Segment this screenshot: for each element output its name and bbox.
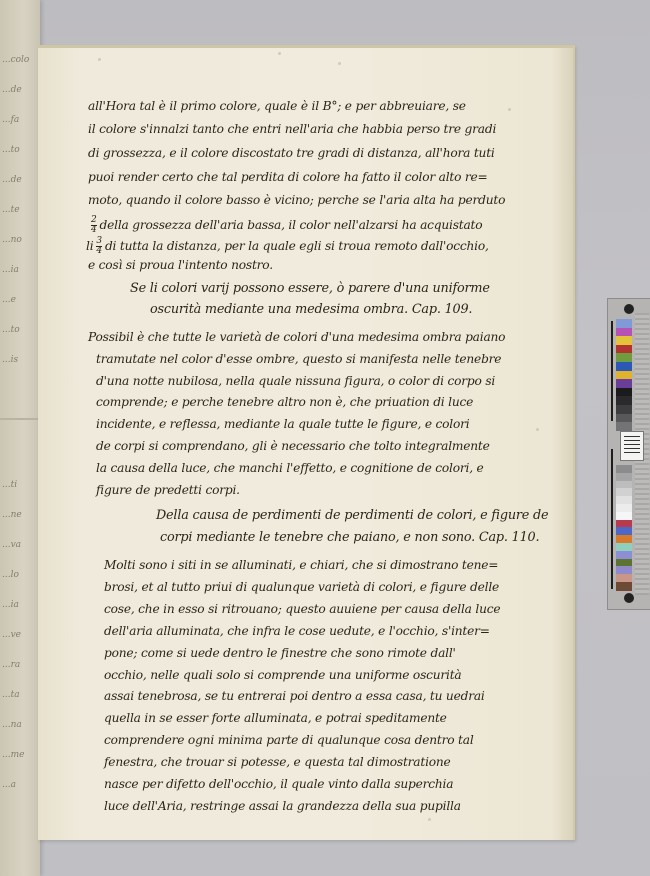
previous-page-text-fragment: ...na <box>2 720 22 730</box>
text-line: figure de predetti corpi. <box>96 483 240 497</box>
previous-page-text-fragment: ...de <box>2 175 22 185</box>
manuscript-text: all'Hora tal è il primo colore, quale è … <box>38 48 573 840</box>
previous-page-text-fragment: ...ne <box>2 510 22 520</box>
previous-page-text-fragment: ...de <box>2 85 22 95</box>
previous-page-text-fragment: ...fa <box>2 115 19 125</box>
chart-hole-icon <box>624 593 634 603</box>
chapter-heading-line: Se li colori varij possono essere, ò par… <box>130 281 490 296</box>
text-line: puoi render certo che tal perdita di col… <box>88 170 488 184</box>
text-line: di grossezza, e il colore discostato tre… <box>88 146 495 160</box>
previous-page-text-fragment: ...is <box>2 355 18 365</box>
previous-page-text-fragment: ...me <box>2 750 24 760</box>
previous-page-text-fragment: ...lo <box>2 570 19 580</box>
text-line: occhio, nelle quali solo si comprende un… <box>104 668 462 682</box>
color-calibration-chart <box>607 298 650 610</box>
chart-hole-icon <box>624 304 634 314</box>
text-line: luce dell'Aria, restringe assai la grand… <box>104 799 461 813</box>
color-swatch <box>616 422 632 431</box>
text-line: e così si proua l'intento nostro. <box>88 258 273 272</box>
previous-page-text-fragment: ...e <box>2 295 16 305</box>
manuscript-page: all'Hora tal è il primo colore, quale è … <box>38 45 575 840</box>
text-line: dell'aria alluminata, che infra le cose … <box>104 624 490 638</box>
text-line: incidente, e reflessa, mediante la quale… <box>96 417 469 431</box>
text-line: d'una notte nubilosa, nella quale nissun… <box>96 374 495 388</box>
page-fold-line <box>0 418 40 420</box>
text-line: cose, che in esso si ritrouano; questo a… <box>104 602 500 616</box>
chapter-heading-line: corpi mediante le tenebre che paiano, e … <box>160 530 539 545</box>
text-line: pone; come si uede dentro le finestre ch… <box>104 646 456 660</box>
text-line: assai tenebrosa, se tu entrerai poi dent… <box>104 689 485 703</box>
text-line-with-fraction: 24della grossezza dell'aria bassa, il co… <box>88 216 482 235</box>
chapter-heading-line: Della causa de perdimenti de perdimenti … <box>156 508 548 523</box>
text-line: comprende; e perche tenebre altro non è,… <box>96 395 473 409</box>
color-swatch <box>616 582 632 591</box>
text-line: il colore s'innalzi tanto che entri nell… <box>88 122 496 136</box>
previous-page-text-fragment: ...to <box>2 325 20 335</box>
text-line: brosi, et al tutto priui di qualunque va… <box>104 580 499 594</box>
text-line-with-fraction: li34di tutta la distanza, per la quale e… <box>86 237 489 256</box>
barcode-label <box>620 431 644 461</box>
previous-page-text-fragment: ...ti <box>2 480 17 490</box>
fraction: 34 <box>96 237 102 256</box>
text-line: Possibil è che tutte le varietà de color… <box>88 330 505 344</box>
text-line: la causa della luce, che manchi l'effett… <box>96 461 484 475</box>
previous-page-text-fragment: ...va <box>2 540 21 550</box>
chart-rail <box>611 321 613 421</box>
previous-page-text-fragment: ...to <box>2 145 20 155</box>
previous-page-edge: ...colo...de...fa...to...de...te...no...… <box>0 0 40 876</box>
previous-page-text-fragment: ...ra <box>2 660 20 670</box>
text-line: nasce per difetto dell'occhio, il quale … <box>104 777 453 791</box>
text-line: tramutate nel color d'esse ombre, questo… <box>96 352 501 366</box>
previous-page-text-fragment: ...a <box>2 780 16 790</box>
text-line: fenestra, che trouar si potesse, e quest… <box>104 755 451 769</box>
text-line: de corpi si comprendano, gli è necessari… <box>96 439 490 453</box>
chapter-heading-line: oscurità mediante una medesima ombra. Ca… <box>150 302 472 317</box>
text-line: all'Hora tal è il primo colore, quale è … <box>88 99 466 113</box>
chart-rail <box>611 449 613 589</box>
text-line: quella in se esser forte alluminata, e p… <box>104 711 447 725</box>
previous-page-text-fragment: ...colo <box>2 55 29 65</box>
previous-page-text-fragment: ...ta <box>2 690 20 700</box>
previous-page-text-fragment: ...ia <box>2 265 19 275</box>
previous-page-text-fragment: ...ve <box>2 630 21 640</box>
text-line: comprendere ogni minima parte di qualunq… <box>104 733 474 747</box>
text-line: Molti sono i siti in se alluminati, e ch… <box>104 558 498 572</box>
previous-page-text-fragment: ...te <box>2 205 20 215</box>
text-line: moto, quando il colore basso è vicino; p… <box>88 193 505 207</box>
previous-page-text-fragment: ...ia <box>2 600 19 610</box>
fraction: 24 <box>91 216 97 235</box>
previous-page-text-fragment: ...no <box>2 235 22 245</box>
